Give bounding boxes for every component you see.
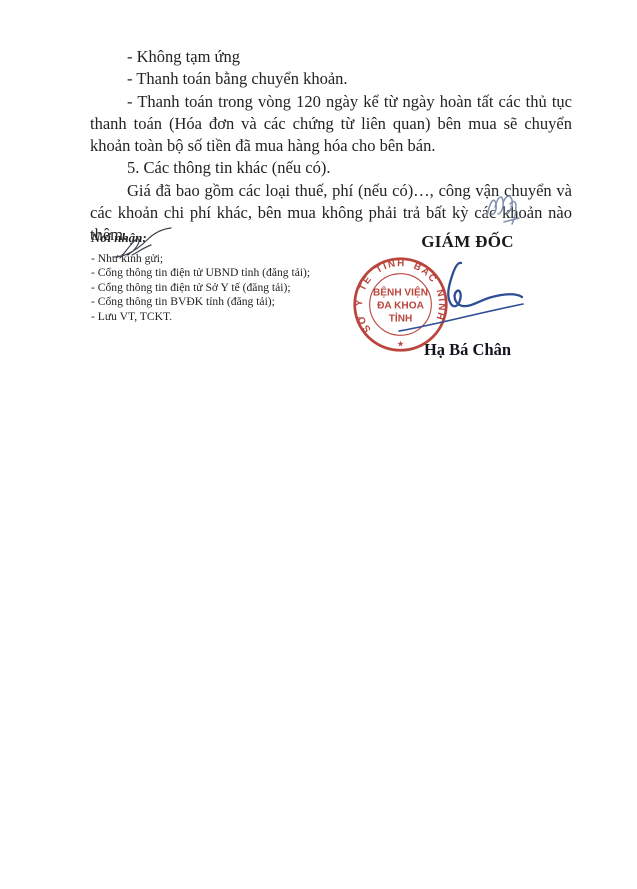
- initials-paraph-ink: [483, 187, 529, 229]
- recipient-item: - Cổng thông tin BVĐK tỉnh (đăng tải);: [91, 295, 361, 309]
- approval-scribble-ink: [110, 225, 174, 261]
- paragraph-payment-term: - Thanh toán trong vòng 120 ngày kể từ n…: [90, 91, 572, 158]
- recipient-item: - Cổng thông tin điện tử Sở Y tế (đăng t…: [91, 281, 361, 295]
- paragraph-payment-method: - Thanh toán bằng chuyển khoản.: [90, 68, 572, 90]
- recipient-item: - Lưu VT, TCKT.: [91, 310, 361, 324]
- recipients-list: - Như kính gửi; - Cổng thông tin điện tử…: [91, 252, 361, 324]
- recipient-item: - Cổng thông tin điện tử UBND tỉnh (đăng…: [91, 266, 361, 280]
- director-signature-ink: [392, 253, 572, 341]
- document-page: - Không tạm ứng - Thanh toán bằng chuyển…: [0, 0, 637, 889]
- paragraph-no-advance: - Không tạm ứng: [90, 46, 572, 68]
- director-block: GIÁM ĐỐC: [385, 233, 550, 251]
- paragraph-other-info-heading: 5. Các thông tin khác (nếu có).: [90, 157, 572, 179]
- director-title: GIÁM ĐỐC: [385, 233, 550, 251]
